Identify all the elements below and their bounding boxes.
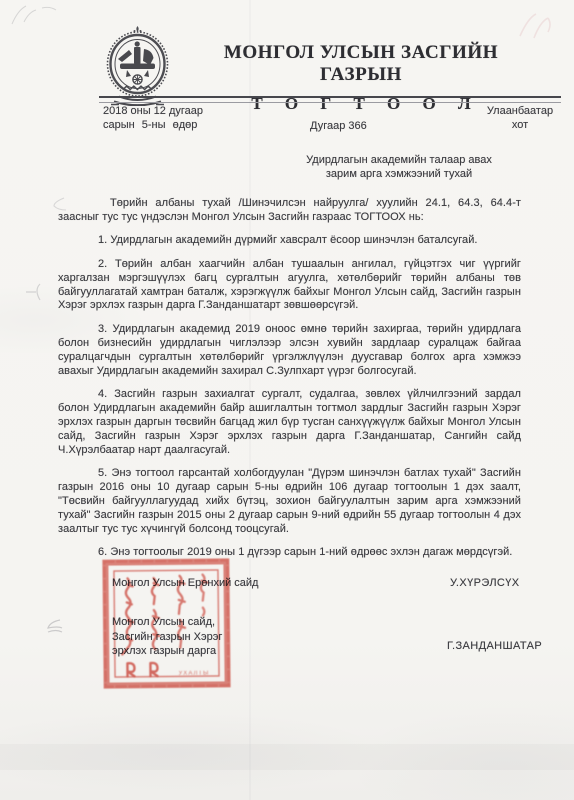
org-name: МОНГОЛ УЛСЫН ЗАСГИЙН ГАЗРЫН	[188, 42, 534, 86]
ink-ghost-top-right	[512, 10, 562, 44]
city-line-1: Улаанбаатар	[478, 104, 562, 118]
minister-signature-name: Г.ЗАНДАНШАТАР	[447, 640, 542, 652]
clause-5: 5. Энэ тогтоол гарсантай холбогдуулан "Д…	[58, 467, 521, 537]
scanned-resolution-page: МОНГОЛ УЛСЫН ЗАСГИЙН ГАЗРЫН Т О Г Т О О …	[0, 0, 574, 800]
smudge-left-margin-2	[44, 616, 66, 638]
clause-1: 1. Удирдлагын академийн дүрмийг хавсралт…	[58, 234, 521, 248]
clause-2: 2. Төрийн албан хаагчийн албан тушаалын …	[58, 258, 521, 314]
preamble-paragraph: Төрийн албаны тухай /Шинэчилсэн найруулг…	[58, 197, 521, 225]
mongolia-state-emblem-icon	[103, 26, 172, 106]
pencil-mark-top-left	[8, 2, 68, 30]
subject-line-2: зарим арга хэмжээний тухай	[264, 167, 534, 181]
clause-3: 3. Удирдлагын академид 2019 оноос өмнө т…	[58, 323, 521, 379]
document-number: Дугаар 366	[310, 119, 367, 133]
document-date: 2018 оны 12 дугаар сарын 5-ны өдөр	[103, 104, 203, 132]
subject-title: Удирдлагын академийн талаар авах зарим а…	[264, 153, 534, 181]
date-line-1: 2018 оны 12 дугаар	[103, 104, 203, 118]
date-line-2: сарын 5-ны өдөр	[103, 118, 203, 132]
seal-bottom-text: УХАЛТЫ	[178, 671, 209, 677]
scan-band-artifact	[0, 744, 574, 770]
red-square-stamp-icon: УХАЛТЫ	[101, 557, 231, 690]
city-line-2: хот	[478, 118, 562, 132]
header-divider	[99, 96, 561, 103]
clause-4: 4. Засгийн газрын захиалгат сургалт, суд…	[58, 388, 521, 458]
smudge-left-margin-1	[24, 282, 50, 302]
subject-line-1: Удирдлагын академийн талаар авах	[264, 153, 534, 167]
pm-signature-name: У.ХҮРЭЛСҮХ	[450, 577, 520, 589]
document-city: Улаанбаатар хот	[478, 104, 562, 132]
resolution-body: Төрийн албаны тухай /Шинэчилсэн найруулг…	[58, 197, 521, 569]
